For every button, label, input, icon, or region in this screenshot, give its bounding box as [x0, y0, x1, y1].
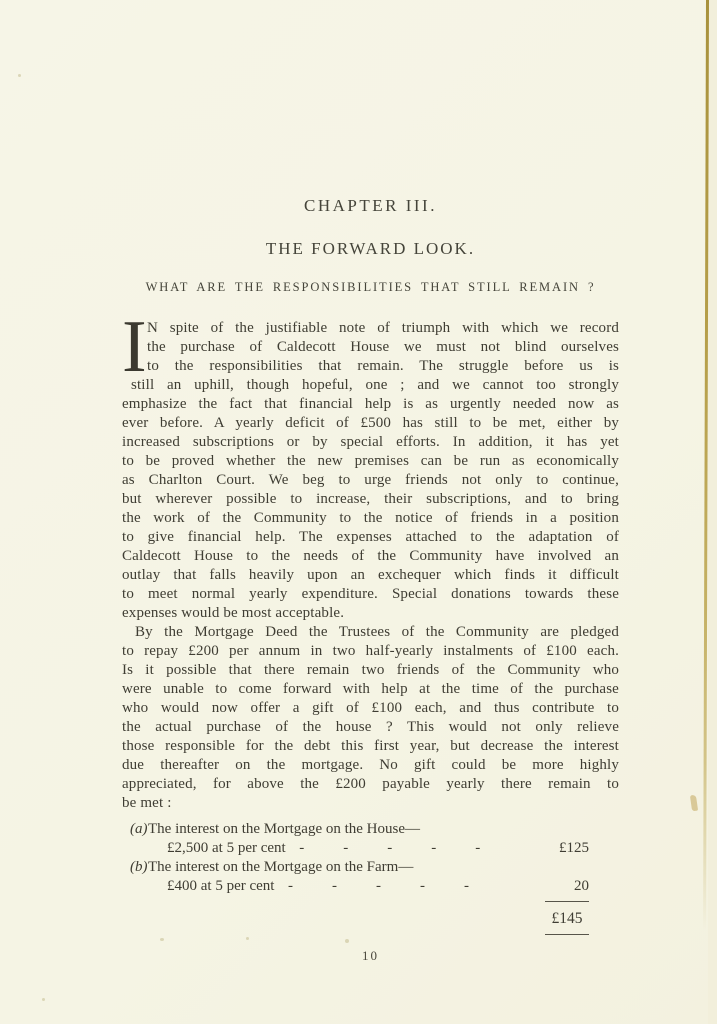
text-line: appreciated, for above the £200 payable …	[122, 775, 619, 794]
text-line: outlay that falls heavily upon an excheq…	[122, 566, 619, 585]
text-line: the actual purchase of the house ? This …	[122, 718, 619, 737]
text-line: increased subscriptions or by special ef…	[122, 433, 619, 452]
paragraph-1-lines: N spite of the justifiable note of trium…	[122, 319, 619, 623]
text-line: By the Mortgage Deed the Trustees of the…	[122, 623, 619, 642]
schedule-item-amount: 20	[574, 877, 589, 896]
text-line: the purchase of Caldecott House we must …	[147, 338, 619, 357]
paper-speck	[246, 937, 249, 940]
text-line: those responsible for the debt this firs…	[122, 737, 619, 756]
chapter-title: THE FORWARD LOOK.	[122, 239, 619, 258]
schedule-item-heading: (a)The interest on the Mortgage on the H…	[122, 820, 619, 839]
text-line: as Charlton Court. We beg to urge friend…	[122, 471, 619, 490]
page-edge-strip	[708, 0, 717, 1024]
drop-cap: I	[122, 310, 147, 384]
paper-speck	[160, 938, 164, 941]
text-line: expenses would be most acceptable.	[122, 604, 619, 623]
schedule-item-text: The interest on the Mortgage on the Hous…	[148, 821, 420, 837]
schedule-item-label: (a)	[130, 820, 148, 839]
text-line: to the responsibilities that remain. The…	[147, 357, 619, 376]
text-line: to meet normal yearly expenditure. Speci…	[122, 585, 619, 604]
schedule-item-amount: £125	[559, 839, 589, 858]
schedule-item-principal: £400 at 5 per cent	[167, 878, 274, 894]
text-line: still an uphill, though hopeful, one ; a…	[131, 376, 619, 395]
schedule-item-text: The interest on the Mortgage on the Farm…	[148, 859, 413, 875]
paragraph-1: I N spite of the justifiable note of tri…	[122, 319, 619, 623]
text-line: but wherever possible to increase, their…	[122, 490, 619, 509]
text-line: Caldecott House to the needs of the Comm…	[122, 547, 619, 566]
book-page: CHAPTER III. THE FORWARD LOOK. WHAT ARE …	[0, 0, 717, 1024]
text-line: emphasize the fact that financial help i…	[122, 395, 619, 414]
paper-speck	[18, 74, 21, 77]
text-block: CHAPTER III. THE FORWARD LOOK. WHAT ARE …	[122, 0, 619, 964]
paper-speck	[345, 939, 349, 943]
text-line: who would now offer a gift of £100 each,…	[122, 699, 619, 718]
schedule-item-heading: (b)The interest on the Mortgage on the F…	[122, 858, 619, 877]
text-line: due thereafter on the mortgage. No gift …	[122, 756, 619, 775]
paragraph-2-lines: By the Mortgage Deed the Trustees of the…	[122, 623, 619, 813]
schedule-item-detail: £2,500 at 5 per cent- - - - -£125	[122, 839, 619, 858]
section-question: WHAT ARE THE RESPONSIBILITIES THAT STILL…	[122, 281, 619, 294]
paper-speck	[42, 998, 45, 1001]
chapter-heading: CHAPTER III.	[122, 197, 619, 214]
text-line: were unable to come forward with help at…	[122, 680, 619, 699]
text-line: N spite of the justifiable note of trium…	[147, 319, 619, 338]
leader-dashes: - - - - -	[288, 878, 469, 894]
schedule-total: £145	[545, 901, 589, 935]
text-line: to repay £200 per annum in two half-year…	[122, 642, 619, 661]
leader-dashes: - - - - -	[299, 840, 480, 856]
text-line: Is it possible that there remain two fri…	[122, 661, 619, 680]
schedule-list: (a)The interest on the Mortgage on the H…	[122, 820, 619, 896]
schedule-item-label: (b)	[130, 858, 148, 877]
schedule-item-detail: £400 at 5 per cent- - - - -20	[122, 877, 619, 896]
paragraph-2: By the Mortgage Deed the Trustees of the…	[122, 623, 619, 813]
bleed-through-mark	[690, 795, 698, 812]
page-number: 10	[122, 948, 619, 964]
text-line: to give financial help. The expenses att…	[122, 528, 619, 547]
total-amount: £145	[552, 910, 583, 927]
text-line: to be proved whether the new premises ca…	[122, 452, 619, 471]
text-line: the work of the Community to the notice …	[122, 509, 619, 528]
text-line: be met :	[122, 794, 619, 813]
text-line: ever before. A yearly deficit of £500 ha…	[122, 414, 619, 433]
schedule-item-principal: £2,500 at 5 per cent	[167, 840, 286, 856]
